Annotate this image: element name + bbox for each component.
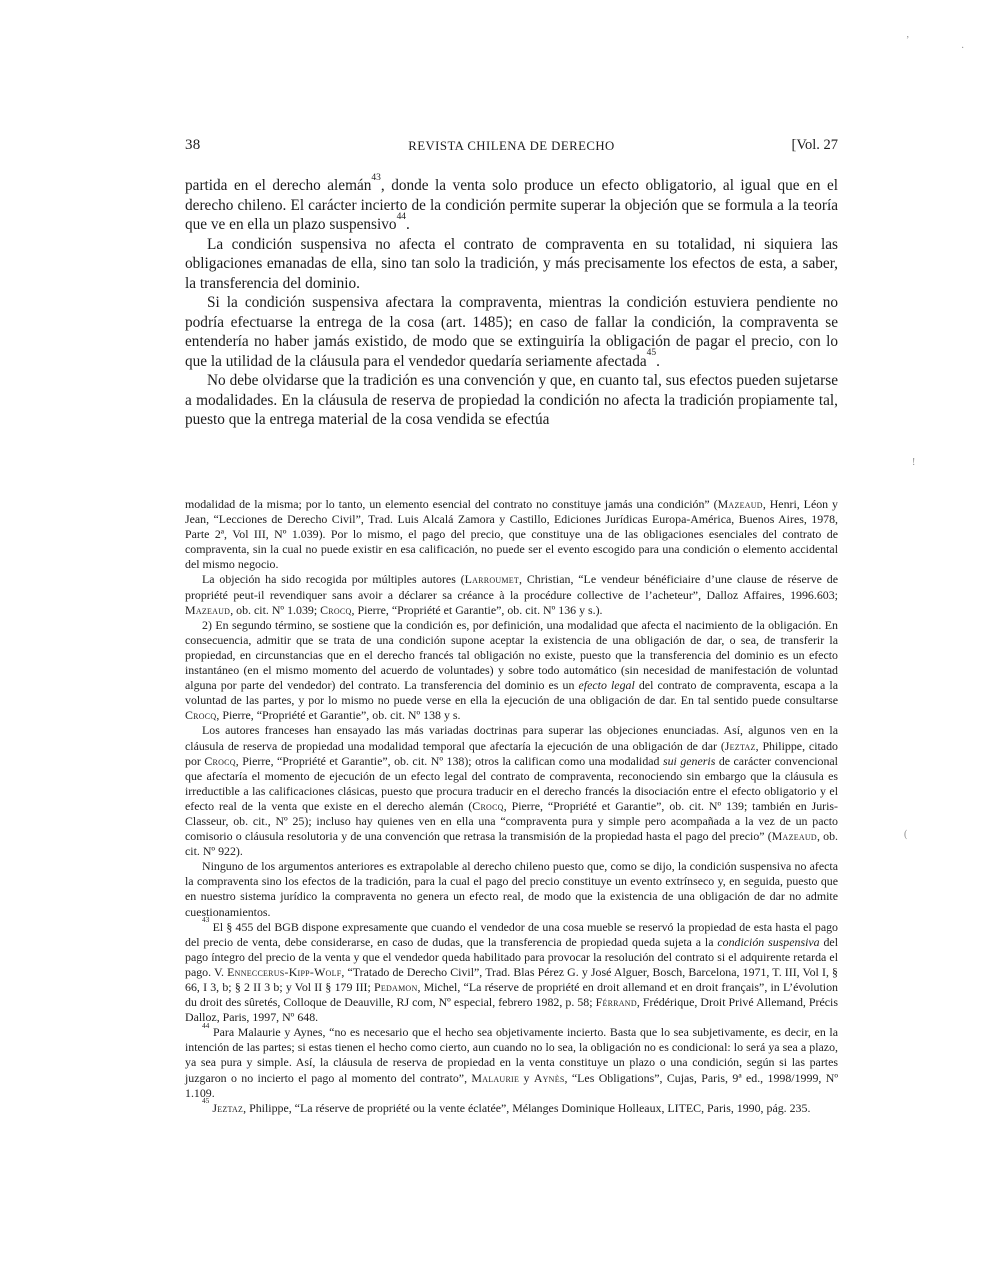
footnote-marker: 44	[202, 1021, 209, 1030]
footnote-paragraph: La objeción ha sido recogida por múltipl…	[185, 572, 838, 617]
author-name: Crocq	[472, 799, 503, 813]
journal-title: REVISTA CHILENA DE DERECHO	[185, 139, 838, 154]
footnote-paragraph: 44 Para Malaurie y Aynes, “no es necesar…	[185, 1025, 838, 1100]
author-name: Crocq	[204, 754, 235, 768]
volume-label: [Vol. 27	[792, 137, 838, 154]
author-name: Larroumet	[465, 572, 519, 586]
body-paragraph: partida en el derecho alemán43, donde la…	[185, 176, 838, 235]
document-page: 38 REVISTA CHILENA DE DERECHO [Vol. 27 p…	[0, 0, 990, 1280]
author-name: Férrand	[596, 995, 637, 1009]
author-name: Aynès	[534, 1071, 565, 1085]
author-name: Crocq	[185, 708, 216, 722]
footnote-paragraph: 2) En segundo término, se sostiene que l…	[185, 618, 838, 724]
scan-artifact: (	[904, 830, 907, 840]
footnote-marker: 43	[202, 915, 209, 924]
author-name: Mazeaud	[772, 829, 817, 843]
emphasized-text: efecto legal	[579, 678, 635, 692]
main-text-block: partida en el derecho alemán43, donde la…	[185, 176, 838, 430]
footnote-marker: 45	[202, 1096, 209, 1105]
author-name: Pedamon	[374, 980, 417, 994]
footnote-paragraph: Los autores franceses han ensayado las m…	[185, 723, 838, 859]
footnote-marker: 45	[647, 348, 656, 358]
footnote-paragraph: 45 Jeztaz, Philippe, “La réserve de prop…	[185, 1101, 838, 1116]
footnote-marker: 43	[371, 173, 380, 183]
author-name: Enneccerus-Kipp-Wolf	[227, 965, 341, 979]
body-paragraph: Si la condición suspensiva afectara la c…	[185, 293, 838, 371]
author-name: Jeztaz	[725, 739, 756, 753]
scan-artifact: ’	[906, 36, 909, 46]
emphasized-text: condición suspensiva	[717, 935, 819, 949]
emphasized-text: sui generis	[663, 754, 715, 768]
footnote-block: modalidad de la misma; por lo tanto, un …	[185, 497, 838, 1116]
author-name: Malaurie	[471, 1071, 519, 1085]
footnote-paragraph: Ninguno de los argumentos anteriores es …	[185, 859, 838, 919]
author-name: Mazeaud	[185, 603, 230, 617]
footnote-marker: 44	[397, 212, 406, 222]
body-paragraph: No debe olvidarse que la tradición es un…	[185, 371, 838, 430]
page-header: 38 REVISTA CHILENA DE DERECHO [Vol. 27	[185, 137, 838, 155]
footnote-paragraph: 43 El § 455 del BGB dispone expresamente…	[185, 920, 838, 1026]
footnote-paragraph: modalidad de la misma; por lo tanto, un …	[185, 497, 838, 572]
scan-artifact: ·	[961, 44, 964, 54]
author-name: Mazeaud	[718, 497, 763, 511]
author-name: Jeztaz	[212, 1101, 243, 1115]
body-paragraph: La condición suspensiva no afecta el con…	[185, 235, 838, 294]
author-name: Crocq	[320, 603, 351, 617]
scan-artifact: !	[912, 458, 915, 468]
